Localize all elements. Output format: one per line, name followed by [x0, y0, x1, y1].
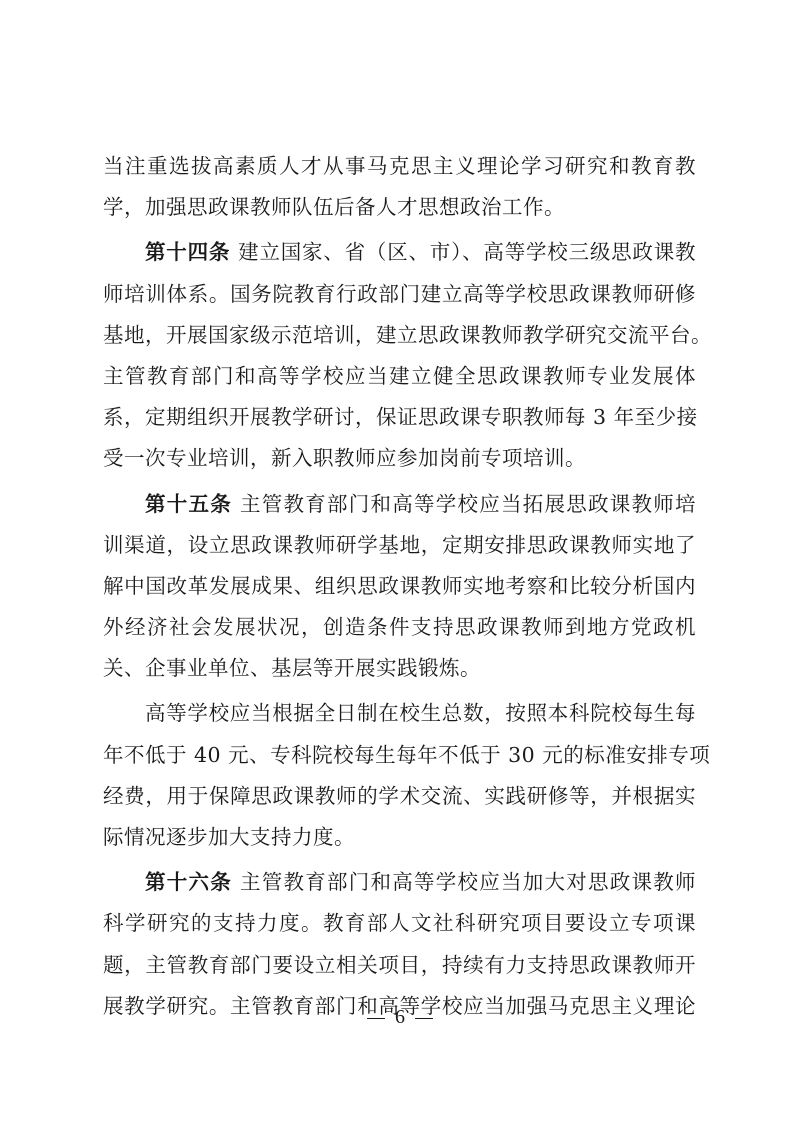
- text-line: 年不低于 40 元、专科院校每生每年不低于 30 元的标准安排专项: [103, 735, 696, 776]
- page-number: 6: [0, 1006, 800, 1029]
- page-number-value: 6: [395, 1006, 405, 1028]
- text-line: 解中国改革发展成果、组织思政课教师实地考察和比较分析国内: [103, 566, 696, 607]
- document-page: 当注重选拔高素质人才从事马克思主义理论学习研究和教育教 学，加强思政课教师队伍后…: [0, 0, 800, 1132]
- text-span: 建立国家、省（区、市）、高等学校三级思政课教: [238, 240, 696, 264]
- article-14-first-line: 第十四条建立国家、省（区、市）、高等学校三级思政课教: [103, 232, 696, 273]
- text-line: 关、企事业单位、基层等开展实践锻炼。: [103, 648, 696, 689]
- dash-right: [415, 1018, 433, 1019]
- text-span: 主管教育部门和高等学校应当拓展思政课教师培: [240, 492, 696, 516]
- article-15-first-line: 第十五条主管教育部门和高等学校应当拓展思政课教师培: [103, 484, 696, 525]
- text-line: 主管教育部门和高等学校应当建立健全思政课教师专业发展体: [103, 356, 696, 397]
- text-line: 训渠道，设立思政课教师研学基地，定期安排思政课教师实地了: [103, 525, 696, 566]
- article-heading: 第十五条: [145, 492, 232, 516]
- article-heading: 第十六条: [145, 870, 232, 894]
- text-line: 系，定期组织开展教学研讨，保证思政课专职教师每 3 年至少接: [103, 397, 696, 438]
- text-line: 科学研究的支持力度。教育部人文社科研究项目要设立专项课: [103, 903, 696, 944]
- text-line: 基地，开展国家级示范培训，建立思政课教师教学研究交流平台。: [103, 315, 696, 356]
- text-line: 师培训体系。国务院教育行政部门建立高等学校思政课教师研修: [103, 274, 696, 315]
- article-heading: 第十四条: [145, 240, 230, 264]
- text-line: 经费，用于保障思政课教师的学术交流、实践研修等，并根据实: [103, 776, 696, 817]
- dash-left: [367, 1018, 385, 1019]
- text-line: 学，加强思政课教师队伍后备人才思想政治工作。: [103, 187, 696, 228]
- text-line: 高等学校应当根据全日制在校生总数，按照本科院校每生每: [103, 693, 696, 734]
- article-16-first-line: 第十六条主管教育部门和高等学校应当加大对思政课教师: [103, 862, 696, 903]
- text-line: 外经济社会发展状况，创造条件支持思政课教师到地方党政机: [103, 607, 696, 648]
- text-line: 当注重选拔高素质人才从事马克思主义理论学习研究和教育教: [103, 146, 696, 187]
- document-body: 当注重选拔高素质人才从事马克思主义理论学习研究和教育教 学，加强思政课教师队伍后…: [103, 146, 696, 1027]
- text-line: 受一次专业培训，新入职教师应参加岗前专项培训。: [103, 438, 696, 479]
- text-line: 际情况逐步加大支持力度。: [103, 817, 696, 858]
- text-line: 题，主管教育部门要设立相关项目，持续有力支持思政课教师开: [103, 945, 696, 986]
- text-span: 主管教育部门和高等学校应当加大对思政课教师: [240, 870, 696, 894]
